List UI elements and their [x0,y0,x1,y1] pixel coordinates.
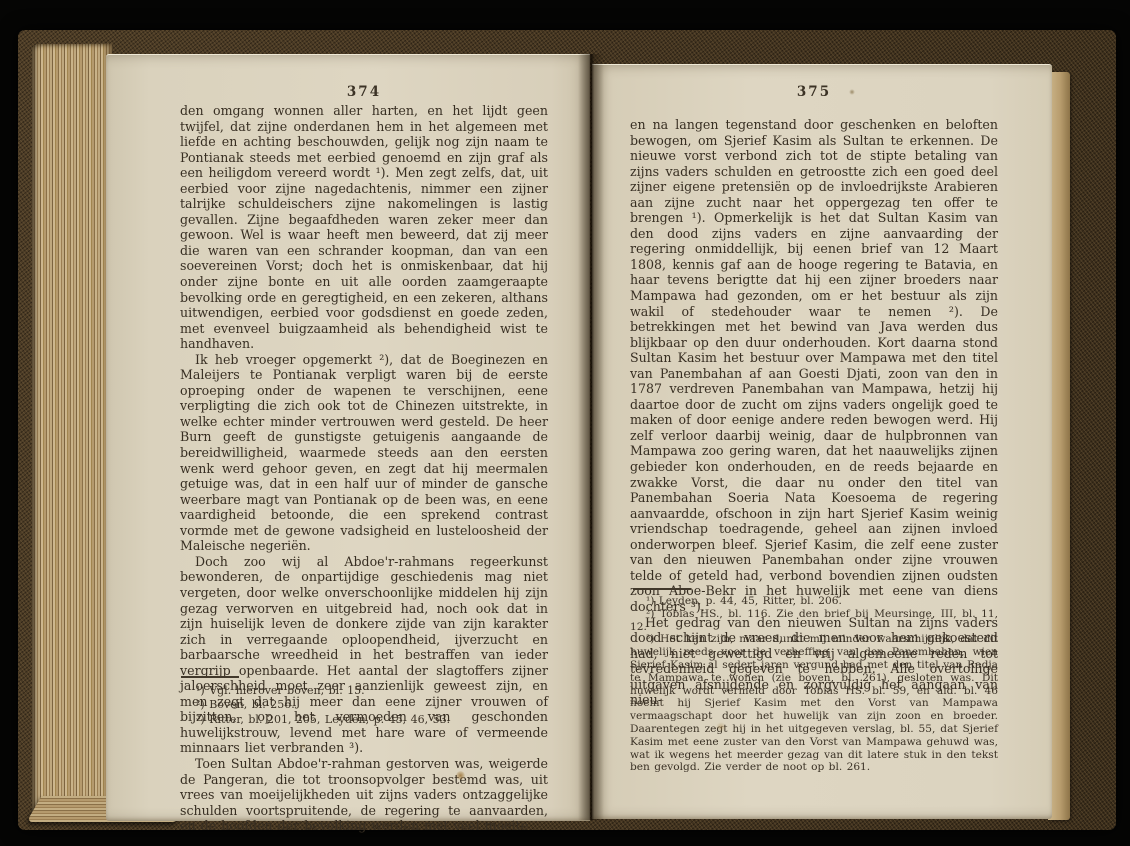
footnote-separator-right [633,588,691,590]
page-edge-stack-left [32,44,112,817]
paragraph: den omgang wonnen aller harten, en het l… [180,103,548,352]
paragraph: Ik heb vroeger opgemerkt ²), dat de Boeg… [180,352,548,554]
page-number-left: 374 [180,84,548,100]
footnote-separator-left [181,676,239,678]
paragraph: Toen Sultan Abdoe'r-rahman gestorven was… [180,756,548,834]
footnote: ³) Het kan zijn, maar dunkt mij minder w… [630,633,998,774]
footnote: ¹) Leyden, p. 44, 45, Ritter, bl. 206. [630,595,998,608]
footnote: ¹) Vgl. hierover boven, bl. 15. [180,684,548,698]
page-375-footnotes: ¹) Leyden, p. 44, 45, Ritter, bl. 206.²)… [630,595,998,774]
page-number-right: 375 [630,84,998,100]
footnote: ²) Boven, bl. 256. [180,698,548,712]
page-374-footnotes: ¹) Vgl. hierover boven, bl. 15.²) Boven,… [180,684,548,727]
footnote: ²) Tobias HS., bl. 116. Zie den brief bi… [630,608,998,634]
footnote: ³) Ritter, bl. 201, 205, Leyden, p. 45, … [180,713,548,727]
paragraph: en na langen tegenstand door geschenken … [630,117,998,615]
